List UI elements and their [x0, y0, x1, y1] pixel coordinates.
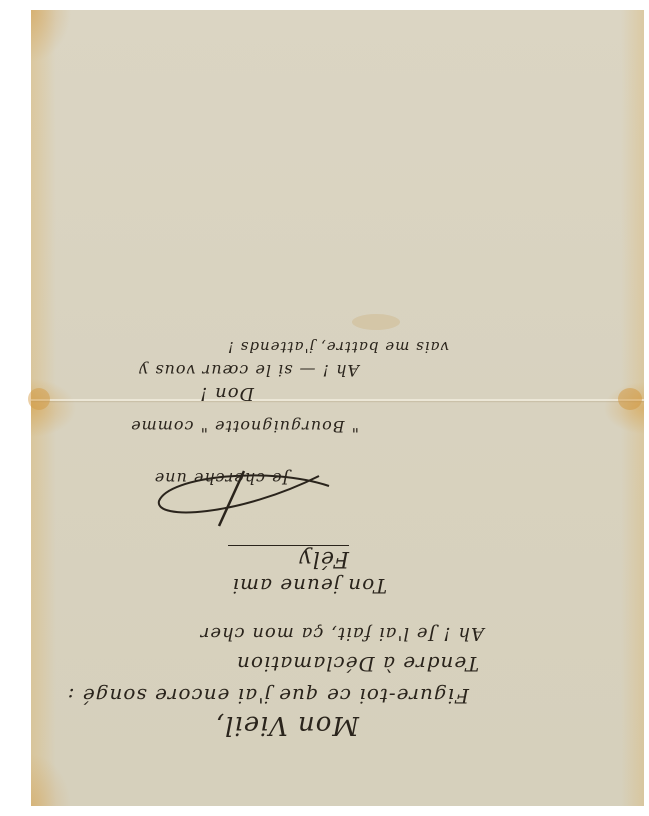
postscript-line-2: " Bourguignotte " comme — [130, 417, 359, 436]
postscript-line-3: Don ! — [199, 383, 254, 404]
letter-line-3: Ah ! Je l'ai fait, ça mon cher — [200, 623, 484, 644]
handwritten-letter: Mon Vieil, Figure-toi ce que j'ai encore… — [0, 0, 649, 816]
letter-line-1: Figure-toi ce que j'ai encore songé : — [67, 684, 469, 708]
closing: Ton jeune ami — [232, 574, 387, 598]
salutation: Mon Vieil, — [215, 710, 359, 740]
postscript-line-1: Je cherche une — [154, 469, 289, 488]
letter-line-2: Tendre à Déclamation — [236, 652, 479, 676]
postscript-line-5: vais me battre, j'attends ! — [227, 338, 449, 356]
signature: Fély — [228, 545, 349, 571]
postscript-line-4: Ah ! — si le cœur vous y — [138, 361, 359, 380]
signature-flourish — [129, 446, 349, 546]
